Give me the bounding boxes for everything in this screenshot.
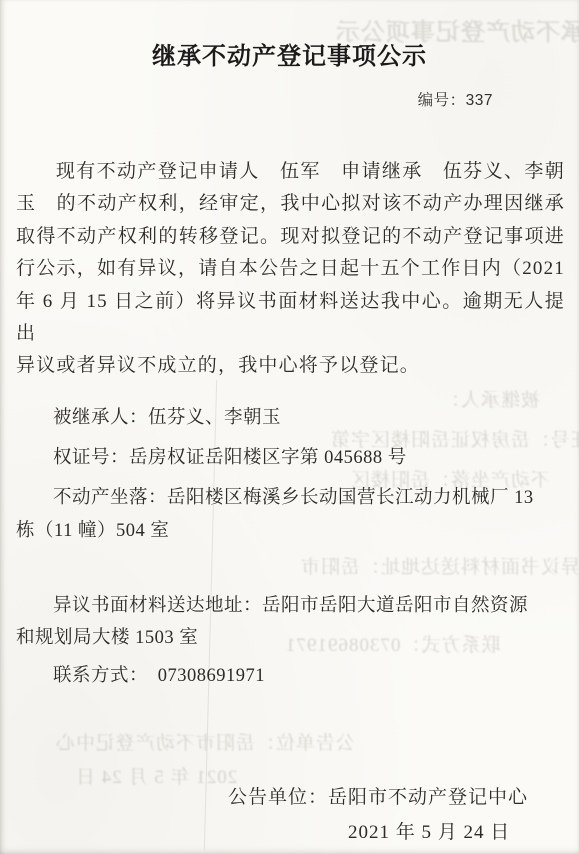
contact-phone-line: 联系方式： 07308691971 — [16, 660, 565, 692]
notice-body-paragraph: 现有不动产登记申请人 伍军 申请继承 伍芬义、李朝 玉 的不动产权利，经审定，我… — [16, 156, 565, 383]
paragraph-line: 行公示，如有异议，请自本公告之日起十五个工作日内（2021 — [16, 253, 565, 285]
registration-details: 被继承人：伍芬义、李朝玉 权证号：岳房权证岳阳楼区字第 045688 号 不动产… — [16, 398, 565, 545]
paragraph-line: 现有不动产登记申请人 伍军 申请继承 伍芬义、李朝 — [16, 156, 565, 188]
bleed-through-text: 公告单位：岳阳市不动产登记中心 — [55, 728, 355, 755]
issuing-authority: 公告单位：岳阳市不动产登记中心 — [228, 782, 528, 809]
certificate-number-field: 权证号：岳房权证岳阳楼区字第 045688 号 — [16, 438, 565, 478]
bleed-through-text: 2021 年 5 月 24 日 — [75, 762, 237, 789]
bleed-through-text: 异议书面材料送达地址：岳阳市 — [300, 552, 579, 579]
notice-title: 继承不动产登记事项公示 — [0, 36, 579, 71]
paragraph-line: 年 6 月 15 日之前）将异议书面材料送达我中心。逾期无人提出 — [16, 286, 565, 351]
property-location-continuation: 栋（11 幢）504 室 — [16, 518, 565, 545]
objection-address-continuation: 和规划局大楼 1503 室 — [16, 622, 565, 654]
scanned-notice-page: 继承不动产登记事项公示 被继承人： 权证号：岳房权证岳阳楼区字第 不动产坐落：岳… — [0, 0, 579, 854]
property-location-field: 不动产坐落：岳阳楼区梅溪乡长动国营长江动力机械厂 13 — [16, 478, 565, 518]
decedent-field: 被继承人：伍芬义、李朝玉 — [16, 398, 565, 438]
paragraph-line: 异议或者异议不成立的，我中心将予以登记。 — [16, 350, 565, 382]
notice-number: 编号：337 — [418, 88, 493, 110]
objection-address-line: 异议书面材料送达地址：岳阳市岳阳大道岳阳市自然资源 — [16, 590, 565, 622]
objection-section: 异议书面材料送达地址：岳阳市岳阳大道岳阳市自然资源 和规划局大楼 1503 室 … — [16, 590, 565, 692]
notice-date: 2021 年 5 月 24 日 — [348, 817, 510, 844]
paragraph-line: 取得不动产权利的转移登记。现对拟登记的不动产登记事项进 — [16, 221, 565, 253]
paragraph-line: 玉 的不动产权利，经审定，我中心拟对该不动产办理因继承 — [16, 188, 565, 220]
